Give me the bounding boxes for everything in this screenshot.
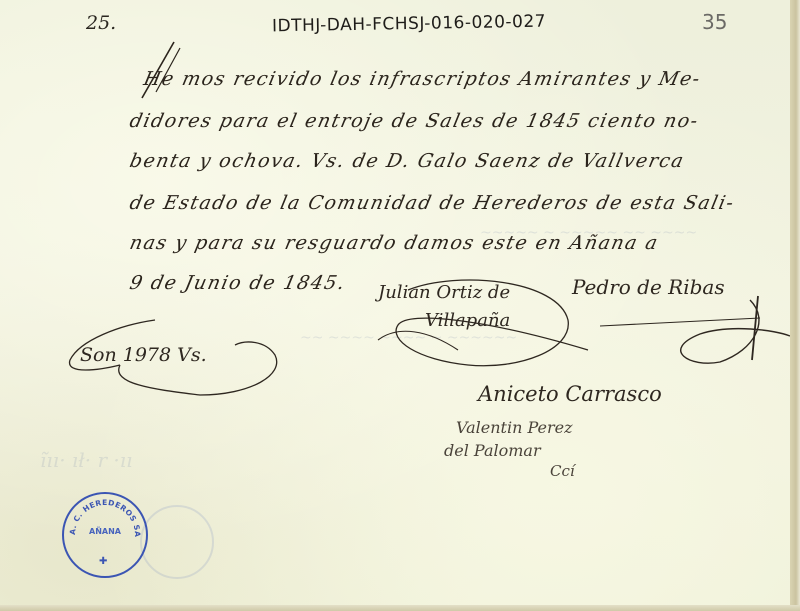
cross-icon: ✚ — [99, 556, 107, 567]
body-line: benta y ochova. Vs. de D. Galo Saenz de … — [128, 150, 687, 172]
amount-note: Son 1978 Vs. — [80, 344, 207, 366]
signature-aniceto: Aniceto Carrasco — [478, 382, 662, 406]
body-line: nas y para su resguardo damos este en Añ… — [128, 232, 661, 254]
bleed-through-text: ı̃ıı· ıł· r ·ıı — [40, 448, 133, 472]
page-edge — [790, 0, 800, 611]
signature-valentin-line1: Valentin Perez — [456, 418, 573, 437]
body-line: de Estado de la Comunidad de Herederos d… — [128, 192, 737, 214]
bleed-through-stamp — [140, 505, 214, 579]
page-edge — [0, 605, 800, 611]
document-page: ı̃ıı· ıł· r ·ıı ~~ ~~~~ ~~~~ ~ ~~~~~~ ~~… — [0, 0, 800, 611]
folio-number-left: 25. — [86, 12, 116, 34]
stamp-center-text: AÑANA — [64, 527, 146, 536]
signature-valentin-line2: del Palomar — [444, 441, 541, 460]
archive-reference-code: IDTHJ-DAH-FCHSJ-016-020-027 — [272, 12, 546, 37]
archive-stamp: A. C. HEREDEROS SALINAS AÑANA ✚ — [62, 492, 148, 578]
signature-flourish — [600, 290, 800, 370]
body-line: 9 de Junio de 1845. — [128, 272, 348, 294]
body-line: didores para el entroje de Sales de 1845… — [128, 110, 701, 132]
signature-valentin-mark: Ccí — [550, 462, 575, 480]
folio-number-right: 35 — [702, 10, 727, 34]
body-line: He mos recivido los infrascriptos Amiran… — [142, 68, 703, 90]
